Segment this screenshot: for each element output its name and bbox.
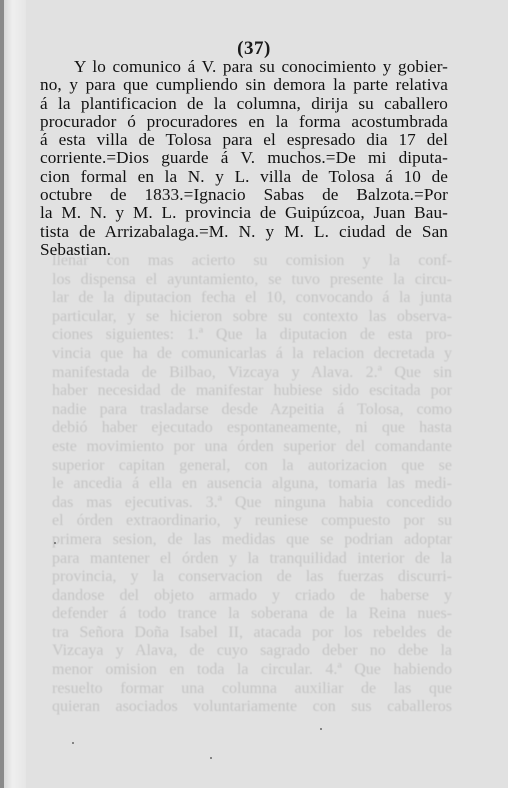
bleed-line: le ancedia á ella en ausencia alguna, to…: [52, 475, 452, 494]
paper-speck: [210, 757, 212, 759]
bleed-line: nadie para trasladarse desde Azpeitia á …: [52, 401, 452, 420]
text-line: á la plantificacion de la columna, dirij…: [40, 95, 448, 113]
paper-speck: [54, 542, 56, 544]
bleed-line: Vizcaya y Alava, de cuyo sagrado deber n…: [52, 642, 452, 661]
body-paragraph: Y lo comunico á V. para su conocimiento …: [40, 58, 448, 259]
paper-speck: [320, 728, 322, 730]
text-line: á esta villa de Tolosa para el espresado…: [40, 131, 448, 149]
bleed-line: los dispensa el ayuntamiento, se tuvo pr…: [52, 271, 452, 290]
bleed-line: resuelto formar una columna auxiliar de …: [52, 680, 452, 699]
text-line: corriente.=Dios guarde á V. muchos.=De m…: [40, 149, 448, 167]
bleed-line: quieran asociados voluntariamente con su…: [52, 698, 452, 717]
scan-edge-margin: [4, 0, 26, 788]
bleed-line: defender á todo trance la soberana de la…: [52, 605, 452, 624]
bleed-line: haber necesidad de manifestar hubiese si…: [52, 382, 452, 401]
text-line: tista de Arrizabalaga.=M. N. y M. L. ciu…: [40, 223, 448, 241]
text-line: no, y para que cumpliendo sin demora la …: [40, 76, 448, 94]
text-line: procurador ó procuradores en la forma ac…: [40, 113, 448, 131]
bleed-line: superior capitan general, con la autoriz…: [52, 457, 452, 476]
bleed-line: das mas ejecutivas. 3.ª Que ninguna habi…: [52, 494, 452, 513]
bleed-line: ciones siguientes: 1.ª Que la diputacion…: [52, 326, 452, 345]
bleed-line: primera sesion, de las medidas que se po…: [52, 531, 452, 550]
text-line: cion formal en la N. y L. villa de Tolos…: [40, 168, 448, 186]
bleed-line: este movimiento por una órden superior d…: [52, 438, 452, 457]
bleed-line: tra Señora Doña Isabel II, atacada por l…: [52, 624, 452, 643]
bleed-line: debió haber ejecutado espontaneamente, n…: [52, 419, 452, 438]
bleed-line: para mantener el órden y la tranquilidad…: [52, 550, 452, 569]
text-line: Y lo comunico á V. para su conocimiento …: [40, 58, 448, 76]
paper-speck: [72, 742, 74, 744]
text-line: Sebastian.: [40, 241, 448, 259]
bleed-line: manifestada de Bilbao, Vizcaya y Alava. …: [52, 364, 452, 383]
bleed-line: particular, y se hicieron sobre su conte…: [52, 308, 452, 327]
bleed-line: dandose del objeto armado y criado de ha…: [52, 587, 452, 606]
bleed-line: provincia, y la conservacion de las fuer…: [52, 568, 452, 587]
text-line: octubre de 1833.=Ignacio Sabas de Balzot…: [40, 186, 448, 204]
text-line: la M. N. y M. L. provincia de Guipúzcoa,…: [40, 204, 448, 222]
bleed-line: vincia que ha de comunicarlas á la relac…: [52, 345, 452, 364]
bleed-line: lar de la diputacion fecha el 10, convoc…: [52, 289, 452, 308]
bleed-through-text: llenar con mas acierto su comision y la …: [52, 252, 452, 717]
bleed-line: menor omision en toda la circular. 4.ª Q…: [52, 661, 452, 680]
bleed-line: el órden extraordinario, y reuniese comp…: [52, 512, 452, 531]
